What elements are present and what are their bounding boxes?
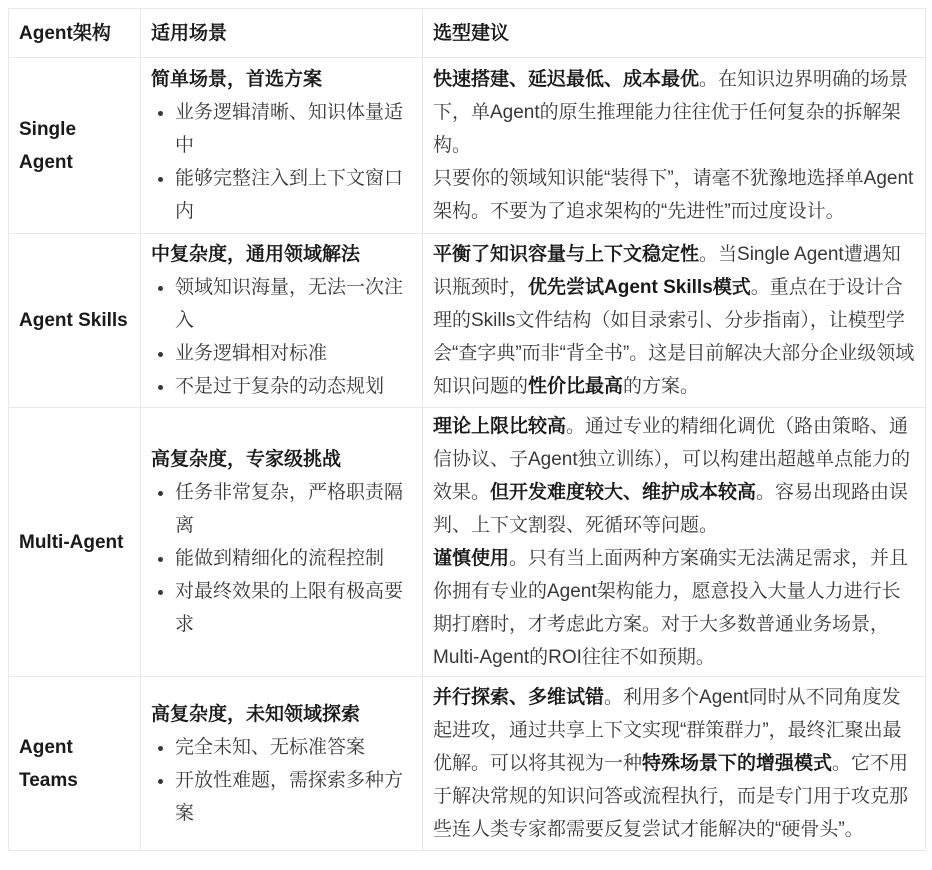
advice-bold-text: 快速搭建、延迟最低、成本最优	[433, 69, 699, 90]
advice-bold-text: 理论上限比较高	[433, 416, 566, 437]
scenario-bullet: 不是过于复杂的动态规划	[175, 370, 412, 403]
table-row: Agent Skills 中复杂度，通用领域解法 领域知识海量，无法一次注入业务…	[9, 234, 926, 408]
advice-bold-text: 优先尝试Agent Skills模式	[528, 277, 751, 298]
architecture-name: Multi-Agent	[9, 408, 141, 677]
column-header-architecture: Agent架构	[9, 9, 141, 58]
scenario-bullet-list: 领域知识海量，无法一次注入业务逻辑相对标准不是过于复杂的动态规划	[151, 271, 412, 403]
architecture-name: Agent Skills	[9, 234, 141, 408]
advice-bold-text: 性价比最高	[528, 376, 623, 397]
scenario-bullet-list: 业务逻辑清晰、知识体量适中能够完整注入到上下文窗口内	[151, 96, 412, 228]
scenario-bullet-list: 完全未知、无标准答案开放性难题，需探索多种方案	[151, 731, 412, 830]
advice-cell: 并行探索、多维试错。利用多个Agent同时从不同角度发起进攻，通过共享上下文实现…	[423, 677, 926, 851]
table-body: Single Agent 简单场景，首选方案 业务逻辑清晰、知识体量适中能够完整…	[9, 58, 926, 851]
column-header-scenario: 适用场景	[141, 9, 423, 58]
scenario-bullet: 对最终效果的上限有极高要求	[175, 575, 412, 641]
scenario-bullet: 完全未知、无标准答案	[175, 731, 412, 764]
agent-architecture-table: Agent架构 适用场景 选型建议 Single Agent 简单场景，首选方案…	[8, 8, 926, 851]
scenario-bullet-list: 任务非常复杂，严格职责隔离能做到精细化的流程控制对最终效果的上限有极高要求	[151, 476, 412, 641]
scenario-bullet: 能做到精细化的流程控制	[175, 542, 412, 575]
architecture-name: Agent Teams	[9, 677, 141, 851]
advice-paragraph: 只要你的领域知识能“装得下”，请毫不犹豫地选择单Agent架构。不要为了追求架构…	[433, 162, 915, 228]
table-row: Single Agent 简单场景，首选方案 业务逻辑清晰、知识体量适中能够完整…	[9, 58, 926, 234]
advice-cell: 快速搭建、延迟最低、成本最优。在知识边界明确的场景下，单Agent的原生推理能力…	[423, 58, 926, 234]
header-row: Agent架构 适用场景 选型建议	[9, 9, 926, 58]
page: Agent架构 适用场景 选型建议 Single Agent 简单场景，首选方案…	[0, 0, 932, 870]
scenario-cell: 高复杂度，专家级挑战 任务非常复杂，严格职责隔离能做到精细化的流程控制对最终效果…	[141, 408, 423, 677]
scenario-bullet: 任务非常复杂，严格职责隔离	[175, 476, 412, 542]
table-row: Agent Teams 高复杂度，未知领域探索 完全未知、无标准答案开放性难题，…	[9, 677, 926, 851]
column-header-advice: 选型建议	[423, 9, 926, 58]
advice-bold-text: 并行探索、多维试错	[433, 687, 604, 708]
scenario-bullet: 领域知识海量，无法一次注入	[175, 271, 412, 337]
scenario-bullet: 业务逻辑清晰、知识体量适中	[175, 96, 412, 162]
scenario-bullet: 能够完整注入到上下文窗口内	[175, 162, 412, 228]
scenario-title: 高复杂度，未知领域探索	[151, 698, 412, 731]
advice-paragraph: 并行探索、多维试错。利用多个Agent同时从不同角度发起进攻，通过共享上下文实现…	[433, 681, 915, 846]
table-header: Agent架构 适用场景 选型建议	[9, 9, 926, 58]
scenario-title: 中复杂度，通用领域解法	[151, 238, 412, 271]
advice-paragraph: 理论上限比较高。通过专业的精细化调优（路由策略、通信协议、子Agent独立训练）…	[433, 410, 915, 542]
scenario-cell: 简单场景，首选方案 业务逻辑清晰、知识体量适中能够完整注入到上下文窗口内	[141, 58, 423, 234]
scenario-title: 高复杂度，专家级挑战	[151, 443, 412, 476]
scenario-bullet: 业务逻辑相对标准	[175, 337, 412, 370]
advice-bold-text: 平衡了知识容量与上下文稳定性	[433, 244, 699, 265]
architecture-name: Single Agent	[9, 58, 141, 234]
scenario-bullet: 开放性难题，需探索多种方案	[175, 764, 412, 830]
advice-cell: 理论上限比较高。通过专业的精细化调优（路由策略、通信协议、子Agent独立训练）…	[423, 408, 926, 677]
scenario-cell: 高复杂度，未知领域探索 完全未知、无标准答案开放性难题，需探索多种方案	[141, 677, 423, 851]
advice-cell: 平衡了知识容量与上下文稳定性。当Single Agent遭遇知识瓶颈时，优先尝试…	[423, 234, 926, 408]
advice-paragraph: 快速搭建、延迟最低、成本最优。在知识边界明确的场景下，单Agent的原生推理能力…	[433, 63, 915, 162]
advice-bold-text: 谨慎使用	[433, 548, 509, 569]
scenario-title: 简单场景，首选方案	[151, 63, 412, 96]
advice-paragraph: 平衡了知识容量与上下文稳定性。当Single Agent遭遇知识瓶颈时，优先尝试…	[433, 238, 915, 403]
advice-bold-text: 特殊场景下的增强模式	[642, 753, 832, 774]
advice-bold-text: 但开发难度较大、维护成本较高	[490, 482, 756, 503]
advice-paragraph: 谨慎使用。只有当上面两种方案确实无法满足需求，并且你拥有专业的Agent架构能力…	[433, 542, 915, 674]
table-row: Multi-Agent 高复杂度，专家级挑战 任务非常复杂，严格职责隔离能做到精…	[9, 408, 926, 677]
scenario-cell: 中复杂度，通用领域解法 领域知识海量，无法一次注入业务逻辑相对标准不是过于复杂的…	[141, 234, 423, 408]
